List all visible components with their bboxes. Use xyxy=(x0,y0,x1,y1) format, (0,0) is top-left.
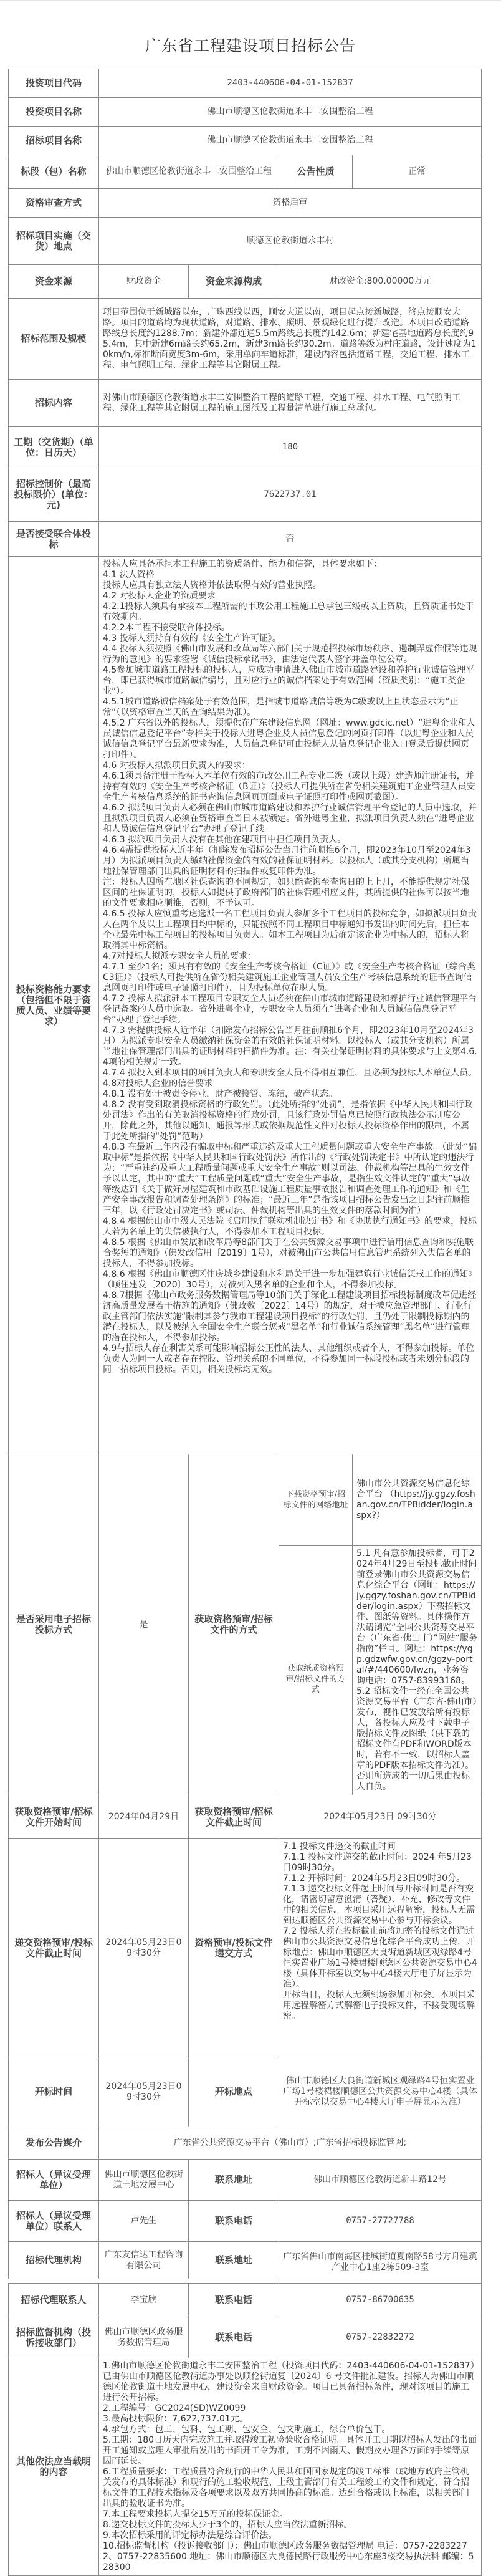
paragraph: 4.5参加城市道路工程投标的投标人，应成功申请进入佛山市城市道路建设和养护行业诚… xyxy=(103,665,477,697)
row-other: 其他依法应当载明的内容 1.佛山市顺德区伦教街道永丰二安围整治工程（投资项目代码… xyxy=(9,2358,482,2576)
value-duration: 180 xyxy=(99,427,482,468)
label-funding: 资金来源 xyxy=(9,265,99,299)
value-content: 对佛山市顺德区伦教街道永丰二安围整治工程的道路工程，交通工程、排水工程、电气照明… xyxy=(99,380,482,427)
paragraph: 4.7对投标人拟派专职安全人员的要求： xyxy=(103,951,477,962)
row-control-price: 招标控制价（最高投标限价）(单位：元) 7622737.01 xyxy=(9,468,482,522)
label-qualification: 投标资格能力要求（包括但不限于资质人员、业绩等要求） xyxy=(9,557,99,1454)
qualification-list: 投标人应具备承担本工程施工的资质条件、能力和信誉，具体要求如下：4.1 法人资格… xyxy=(103,559,477,1375)
paragraph: 4.7.2 投标人拟派驻本工程项目专职安全人员必须在佛山市城市道路建设和养护行业… xyxy=(103,994,477,1026)
label-review-method: 资格审查方式 xyxy=(9,189,99,218)
paragraph: 4.4 投标人须按照《佛山市发展和改革局等六部门关于规范招投标市场秩序、遏制弄虚… xyxy=(103,644,477,665)
paragraph: 4.8.5 根据《佛山市发展和改革局等8部门关于在公共资源交易事项中进行信用信息… xyxy=(103,1238,477,1269)
row-tenderer-contact: 招标人（异议受理单位）联系人 卢先生 联系电话 0757-27727788 xyxy=(9,2201,482,2242)
paragraph: 4.承包方式：包工、包料、包工期、包安全、包文明施工，综合单价包干。 xyxy=(103,2425,477,2435)
paragraph: 4.6.4需提供投标人近半年（扣除发布招标公告当月往前顺推6个月，即2023年1… xyxy=(103,845,477,877)
value-agency-address: 广东省佛山市南海区桂城街道夏南路58号方舟建筑产业中心1座2栋509-3室 xyxy=(279,2242,482,2284)
paragraph: 4.7.1 至少1名；须具有有效的《安全生产考核合格证（C证）》或《安全生产考核… xyxy=(103,962,477,994)
row-obtain-time: 获取资格预审/招标文件开始时间 2024年04月29日 获取资格预审/招标文件截… xyxy=(9,1795,482,1839)
row-location: 招标项目实施（交货）地点 顺德区伦教街道永丰村 xyxy=(9,218,482,265)
value-agency-contact: 李宝欣 xyxy=(99,2284,189,2317)
paper-method-list: 5.1 凡有意参加投标者，可于2024年4月29日至投标截止时间前登录佛山市公共… xyxy=(356,1549,477,1792)
value-paper-method: 5.1 凡有意参加投标者，可于2024年4月29日至投标截止时间前登录佛山市公共… xyxy=(353,1546,482,1795)
value-tenderer-address: 佛山市顺德区伦教街道新丰路12号 xyxy=(279,2160,482,2201)
value-opening-time: 2024年05月23日09时30分 xyxy=(99,2057,189,2127)
paragraph: 3.最高投标限价：7,622,737.01元。 xyxy=(103,2414,477,2425)
label-media: 发布公告媒介 xyxy=(9,2127,99,2160)
row-agency: 招标代理机构 广东友信达工程咨询有限公司 联系地址 广东省佛山市南海区桂城街道夏… xyxy=(9,2242,482,2279)
label-consortium: 是否接受联合体投标 xyxy=(9,522,99,557)
paragraph: 4.6.3 拟派项目负责人没有在其他在建项目中担任项目负责人。 xyxy=(103,835,477,845)
value-media: 广东省公共资源交易平台（佛山市）;广东省招标投标监管网; xyxy=(99,2127,482,2160)
label-supervisor-phone: 联系电话 xyxy=(189,2317,279,2358)
label-funding-composition: 资金来源构成 xyxy=(189,265,279,299)
row-section-name: 标段（包）名称 佛山市顺德区伦教街道永丰二安围整治工程 公告性质 正常 xyxy=(9,155,482,189)
label-obtain-end: 获取资格预审/招标文件截止时间 xyxy=(189,1795,279,1839)
paragraph: 7.本工程要求投标人提交15万元的投标保证金。 xyxy=(103,2509,477,2520)
row-qualification: 投标资格能力要求（包括但不限于资质人员、业绩等要求） 投标人应具备承担本工程施工… xyxy=(9,557,482,1454)
value-notice-nature: 正常 xyxy=(353,155,482,189)
paragraph: 开标当日，投标人无须到场参加开标会。本项目采用远程解密方式解密电子投标文件，不接… xyxy=(283,1990,477,2022)
value-opening-place: 佛山市顺德区大良街道新城区观绿路4号恒实置业广场1号楼裙楼顺德区公共资源交易中心… xyxy=(279,2057,482,2127)
label-agency: 招标代理机构 xyxy=(9,2242,99,2279)
label-tender-name: 招标项目名称 xyxy=(9,127,99,155)
paragraph: 4.7.3 需提供投标人近半年（扣除发布招标公告当月往前顺推6个月，即2023年… xyxy=(103,1026,477,1068)
row-electronic-download: 是否采用电子招标投标方式 是 获取资格预审/招标文件的方式 下载资格预审/招标文… xyxy=(9,1454,482,1546)
row-media: 发布公告媒介 广东省公共资源交易平台（佛山市）;广东省招标投标监管网; xyxy=(9,2127,482,2160)
paragraph: 7.1.3 递交投标文件起止时间与开标时间是否有变化，请密切留意澄清（答疑）、补… xyxy=(283,1884,477,1926)
label-notice-nature: 公告性质 xyxy=(279,155,353,189)
value-review-method: 资格后审 xyxy=(99,189,482,218)
value-submission-method: 7.1 投标文件递交的截止时间7.1.1 投标文件递交的截止时间：2024 年5… xyxy=(279,1839,482,2057)
paragraph: 5.2 招标文件一经在全国公共资源交易平台（广东省·佛山市）发布，视作已发放给所… xyxy=(356,1686,477,1792)
value-investment-name: 佛山市顺德区伦教街道永丰二安围整治工程 xyxy=(99,98,482,127)
paragraph: 2.工程编号：GC2024(SD)WZ0099 xyxy=(103,2403,477,2414)
label-supervisor: 招标监督机构（投诉接收部门） xyxy=(9,2317,99,2358)
row-supervisor: 招标监督机构（投诉接收部门） 佛山市顺德区政务服务数据管理局 联系电话 0757… xyxy=(9,2317,482,2358)
paragraph: 4.1 法人资格 xyxy=(103,570,477,580)
value-funding-composition: 财政资金:800.00000万元 xyxy=(279,265,482,299)
paragraph: 8.递交投标文件的投标人少于3个的，招标人应当依法重新招标。 xyxy=(103,2520,477,2530)
label-tenderer-contact: 招标人（异议受理单位）联系人 xyxy=(9,2201,99,2242)
label-content: 招标内容 xyxy=(9,380,99,427)
paragraph: 4.8.3 在最近三年内没有骗取中标和严重违约及重大工程质量问题或重大安全生产事… xyxy=(103,1142,477,1216)
value-agency-phone: 0757-86700635 xyxy=(279,2284,482,2317)
paragraph: 4.9与招标人存在利害关系可能影响招标公正性的法人、其他组织或者个人，不得参加投… xyxy=(103,1343,477,1375)
paragraph: 4.6.5 投标人应慎重考虑选派一名工程项目负责人参加多个工程项目的投标竞争，如… xyxy=(103,909,477,951)
paragraph: 4.6.1须具备注册于投标人本单位有效的市政公用工程专业二级（或以上级）建造师注… xyxy=(103,771,477,803)
paragraph: 4.5.1城市道路诚信档案处于有效范围，是指城市道路诚信等级为C级或以上且状态显… xyxy=(103,697,477,718)
label-duration: 工期（交货期）（单位：日历天） xyxy=(9,427,99,468)
label-scope: 招标范围及规模 xyxy=(9,299,99,380)
paragraph: 4.2.2本工程不接受联合体投标。 xyxy=(103,623,477,633)
paragraph: 4.8.6 根据《佛山市顺德区住房城乡建设和水利局关于进一步加强建筑行业诚信惩戒… xyxy=(103,1269,477,1290)
row-funding: 资金来源 财政资金 资金来源构成 财政资金:800.00000万元 xyxy=(9,265,482,299)
label-agency-phone: 联系电话 xyxy=(189,2284,279,2317)
value-investment-code: 2403-440606-04-01-152837 xyxy=(99,69,482,98)
row-submission: 递交资格预审/投标文件截止时间 2024年05月23日09时30分 资格预审/投… xyxy=(9,1839,482,2057)
row-scope: 招标范围及规模 项目范围位于新城路以东，广珠西线以西，顺安大道以南，项目起点接新… xyxy=(9,299,482,380)
label-tenderer-address: 联系地址 xyxy=(189,2160,279,2201)
paragraph: 5.工期：180日历天内完成施工并取得竣工初验验收合格证明。具体开工日期以招标人… xyxy=(103,2435,477,2467)
label-section-name: 标段（包）名称 xyxy=(9,155,99,189)
paragraph: 10.招标监督机构（投诉接收部门）：佛山市顺德区政务服务数据管理局 电话：075… xyxy=(103,2541,477,2573)
row-content: 招标内容 对佛山市顺德区伦教街道永丰二安围整治工程的道路工程，交通工程、排水工程… xyxy=(9,380,482,427)
label-investment-code: 投资项目代码 xyxy=(9,69,99,98)
label-electronic: 是否采用电子招标投标方式 xyxy=(9,1454,99,1795)
submission-method-list: 7.1 投标文件递交的截止时间7.1.1 投标文件递交的截止时间：2024 年5… xyxy=(283,1842,477,2022)
row-tenderer: 招标人（异议受理单位） 佛山市顺德区伦教街道土地发展中心 联系地址 佛山市顺德区… xyxy=(9,2160,482,2201)
label-agency-contact: 招标代理联系人 xyxy=(9,2284,99,2317)
paragraph: 4.8.1 没有处于被责令停业，财产被接管、冻结，破产状态。 xyxy=(103,1089,477,1100)
row-investment-name: 投资项目名称 佛山市顺德区伦教街道永丰二安围整治工程 xyxy=(9,98,482,127)
row-review-method: 资格审查方式 资格后审 xyxy=(9,189,482,218)
value-agency: 广东友信达工程咨询有限公司 xyxy=(99,2242,189,2279)
value-supervisor-phone: 0757-22832272 xyxy=(279,2317,482,2358)
value-funding: 财政资金 xyxy=(99,265,189,299)
label-tenderer-phone: 联系电话 xyxy=(189,2201,279,2242)
paragraph: 4.6.2 拟派项目负责人必须在佛山市城市道路建设和养护行业诚信管理平台登记的人… xyxy=(103,803,477,835)
value-section-name: 佛山市顺德区伦教街道永丰二安围整治工程 xyxy=(99,155,279,189)
label-other: 其他依法应当载明的内容 xyxy=(9,2358,99,2576)
paragraph: 4.5.2 广东省以外的投标人，须提供在广东建设信息网（网址：www.gdcic… xyxy=(103,718,477,761)
row-investment-code: 投资项目代码 2403-440606-04-01-152837 xyxy=(9,69,482,98)
label-investment-name: 投资项目名称 xyxy=(9,98,99,127)
paragraph: 9.本次招标采用的评定标办法是综合评价法。 xyxy=(103,2530,477,2541)
other-content-list: 1.佛山市顺德区伦教街道永丰二安围整治工程（投资项目代码：2403-440606… xyxy=(103,2361,477,2573)
paragraph: 4.2 对投标人企业的资质要求 xyxy=(103,591,477,602)
paragraph: 4.8.2 没有受到取消投标资格的行政处罚。（此处所指的“处罚”，是指依据《中华… xyxy=(103,1100,477,1142)
value-scope: 项目范围位于新城路以东，广珠西线以西，顺安大道以南，项目起点接新城路，终点接顺安… xyxy=(99,299,482,380)
value-tenderer: 佛山市顺德区伦教街道土地发展中心 xyxy=(99,2160,189,2201)
value-tender-name: 佛山市顺德区伦教街道永丰二安围整治工程 xyxy=(99,127,482,155)
value-obtain-start: 2024年04月29日 xyxy=(99,1795,189,1839)
row-duration: 工期（交货期）（单位：日历天） 180 xyxy=(9,427,482,468)
paragraph: 7.1 投标文件递交的截止时间 xyxy=(283,1842,477,1852)
paragraph: 7.1.2 开标时间：2024年5月23日09时30分。 xyxy=(283,1873,477,1884)
value-consortium: 否 xyxy=(99,522,482,557)
value-obtain-end: 2024年05月23日 09时30分 xyxy=(279,1795,482,1839)
label-tenderer: 招标人（异议受理单位） xyxy=(9,2160,99,2201)
paragraph: 4.3 投标人须持有有效的《安全生产许可证》。 xyxy=(103,633,477,644)
tender-notice-table: 投资项目代码 2403-440606-04-01-152837 投资项目名称 佛… xyxy=(8,69,482,2576)
paragraph: 4.2.1投标人须具有承接本工程所需的市政公用工程施工总承包三级或以上资质，且资… xyxy=(103,602,477,623)
row-agency-contact: 招标代理联系人 李宝欣 联系电话 0757-86700635 xyxy=(9,2284,482,2317)
label-control-price: 招标控制价（最高投标限价）(单位：元) xyxy=(9,468,99,522)
paragraph: 7.2 投标人须在投标截止前将加密的投标文件通过佛山市公共资源交易信息化综合平台… xyxy=(283,1926,477,1990)
paragraph: 7.1.1 投标文件递交的截止时间：2024 年5月23日09时30分。 xyxy=(283,1852,477,1873)
value-control-price: 7622737.01 xyxy=(99,468,482,522)
value-tenderer-contact: 卢先生 xyxy=(99,2201,189,2242)
row-opening: 开标时间 2024年05月23日09时30分 开标地点 佛山市顺德区大良街道新城… xyxy=(9,2057,482,2127)
label-location: 招标项目实施（交货）地点 xyxy=(9,218,99,265)
value-download-address[interactable]: 佛山市公共资源交易信息化综合平台 （https://jy.ggzy.foshan… xyxy=(353,1454,482,1546)
row-tender-name: 招标项目名称 佛山市顺德区伦教街道永丰二安围整治工程 xyxy=(9,127,482,155)
paragraph: 4.8.4 根据佛山市中级人民法院《启用执行联动机制决定书》和《协助执行通知书》… xyxy=(103,1216,477,1238)
paragraph: 投标人应具备承担本工程施工的资质条件、能力和信誉，具体要求如下： xyxy=(103,559,477,570)
label-submission-method: 资格预审/投标文件递交方式 xyxy=(189,1839,279,2057)
paragraph: 4.6 对投标人拟派项目负责人的要求： xyxy=(103,761,477,771)
paragraph: 4.8对投标人企业的信誉要求 xyxy=(103,1079,477,1089)
paragraph: 注：投标人因所在地区社保查询的不同规定，如只能查询至查询日的上上月，不能提供规定… xyxy=(103,877,477,909)
label-opening-place: 开标地点 xyxy=(189,2057,279,2127)
paragraph: 1.佛山市顺德区伦教街道永丰二安围整治工程（投资项目代码：2403-440606… xyxy=(103,2361,477,2403)
value-tenderer-phone: 0757-27727788 xyxy=(279,2201,482,2242)
paragraph: 4.8.7根据《佛山市政务服务数据管理局等10部门关于深化工程建设项目招标投标制… xyxy=(103,1290,477,1343)
table-gap xyxy=(9,2279,279,2284)
value-submission-deadline: 2024年05月23日09时30分 xyxy=(99,1839,189,2057)
label-opening-time: 开标时间 xyxy=(9,2057,99,2127)
row-consortium: 是否接受联合体投标 否 xyxy=(9,522,482,557)
label-download-address: 下载资格预审/招标文件的网络地址 xyxy=(279,1454,353,1546)
value-qualification: 投标人应具备承担本工程施工的资质条件、能力和信誉，具体要求如下：4.1 法人资格… xyxy=(99,557,482,1454)
paragraph: 5.1 凡有意参加投标者，可于2024年4月29日至投标截止时间前登录佛山市公共… xyxy=(356,1549,477,1686)
paragraph: 投标人应具有独立法人资格并依法取得有效的营业执照。 xyxy=(103,580,477,591)
label-obtain-method: 获取资格预审/招标文件的方式 xyxy=(189,1454,279,1795)
value-supervisor: 佛山市顺德区政务服务数据管理局 xyxy=(99,2317,189,2358)
page-title: 广东省工程建设项目招标公告 xyxy=(0,1,501,69)
value-location: 顺德区伦教街道永丰村 xyxy=(99,218,482,265)
paragraph: 4.7.4 拟投入到本项目的项目负责人和专职安全人员不得相互兼任，且必须为投标人… xyxy=(103,1068,477,1079)
value-electronic: 是 xyxy=(99,1454,189,1795)
label-submission-deadline: 递交资格预审/投标文件截止时间 xyxy=(9,1839,99,2057)
label-obtain-start: 获取资格预审/招标文件开始时间 xyxy=(9,1795,99,1839)
value-other: 1.佛山市顺德区伦教街道永丰二安围整治工程（投资项目代码：2403-440606… xyxy=(99,2358,482,2576)
label-agency-address: 联系地址 xyxy=(189,2242,279,2279)
label-paper-method: 获取纸质资格预审/招标文件的方式 xyxy=(279,1546,353,1795)
paragraph: 6.工程质量要求：工程质量符合现行的中华人民共和国国家规定的竣工标准（或地方政府… xyxy=(103,2467,477,2509)
